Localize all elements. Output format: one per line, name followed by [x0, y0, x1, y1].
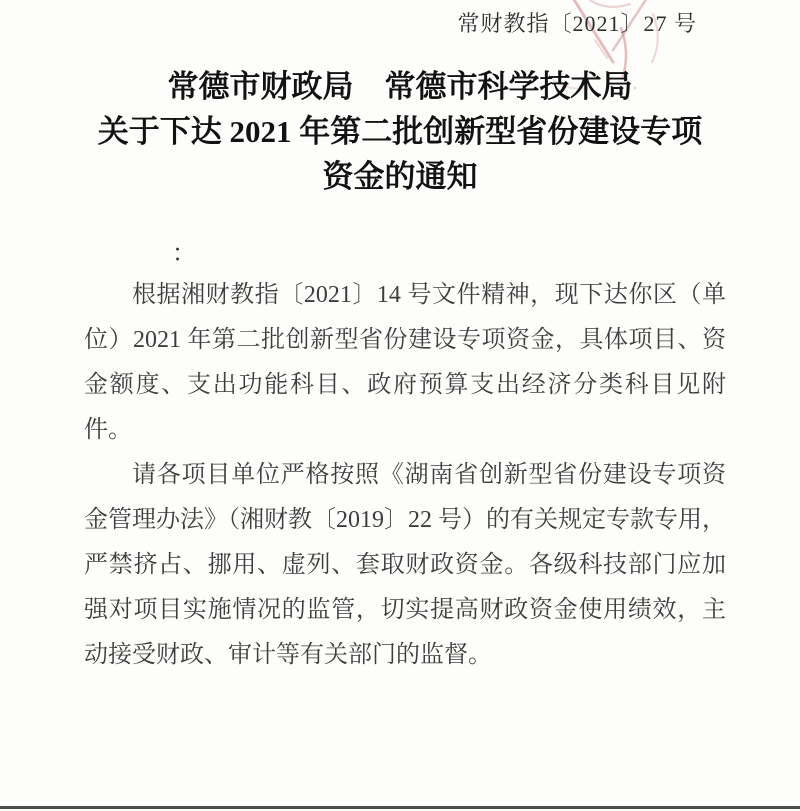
body-paragraph-2: 请各项目单位严格按照《湖南省创新型省份建设专项资金管理办法》（湘财教〔2019〕… [84, 453, 726, 678]
title-line-2: 关于下达 2021 年第二批创新型省份建设专项 [0, 109, 800, 154]
scanned-document-page: 常财教指〔2021〕27 号 常德市财政局 常德市科学技术局 关于下达 2021… [0, 0, 800, 811]
title-line-1: 常德市财政局 常德市科学技术局 [0, 64, 800, 109]
document-body: 根据湘财教指〔2021〕14 号文件精神，现下达你区（单位）2021 年第二批创… [84, 273, 726, 678]
document-ref-number: 常财教指〔2021〕27 号 [457, 7, 697, 38]
title-line-3: 资金的通知 [0, 154, 800, 199]
document-title: 常德市财政局 常德市科学技术局 关于下达 2021 年第二批创新型省份建设专项 … [0, 64, 800, 199]
scan-bottom-edge [0, 806, 800, 809]
body-paragraph-1: 根据湘财教指〔2021〕14 号文件精神，现下达你区（单位）2021 年第二批创… [84, 273, 726, 453]
salutation-colon: ： [172, 233, 196, 268]
